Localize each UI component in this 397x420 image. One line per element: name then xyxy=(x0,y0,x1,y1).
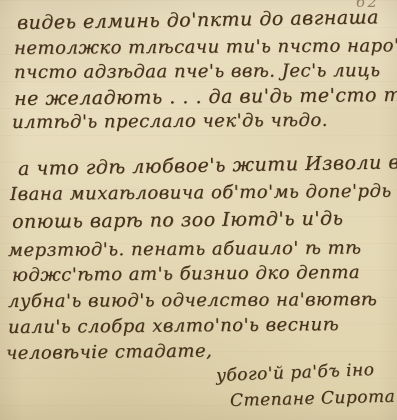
manuscript-line: Івана михаѣловича об'то'мь допе'рдь xyxy=(10,181,392,205)
manuscript-line: илтѣд'ь преслало чек'дь чѣдо. xyxy=(12,110,328,133)
manuscript-line: юджс'ѣто ат'ь бизнио дко депта xyxy=(12,262,360,286)
signature-line: убого'й ра'бъ іно xyxy=(216,360,375,386)
manuscript-line: пчсто адзѣдаа пче'ь ввѣ. Јес'ь лиць xyxy=(14,60,381,83)
manuscript-page: 62 видеь елминь до'пкти до авгнаша нетол… xyxy=(0,0,397,420)
manuscript-line: иали'ь слобра хвлто'по'ь весниѣ xyxy=(8,314,339,338)
manuscript-line: опюшь варѣ по зоо Іютд'ь и'дь xyxy=(12,208,344,233)
manuscript-line: лубна'ь виюд'ь одчелство на'вютвѣ xyxy=(8,289,377,312)
manuscript-line: мерзтюд'ь. пенать абиаило' ѣ тѣ xyxy=(8,238,362,261)
manuscript-line: не желадють . . . да ви'дь те'сто та'до xyxy=(14,83,397,110)
manuscript-line: нетолжко тлѣсачи ти'ь пчсто наро'. xyxy=(14,35,397,59)
manuscript-line: человѣчіе стадате, xyxy=(6,340,213,364)
manuscript-line: а что гдѣ любвое'ь жити Изволи вниа'ь xyxy=(18,150,397,180)
signature-line: Степане Сирота. xyxy=(230,387,397,411)
manuscript-line: видеь елминь до'пкти до авгнаша xyxy=(17,6,379,34)
